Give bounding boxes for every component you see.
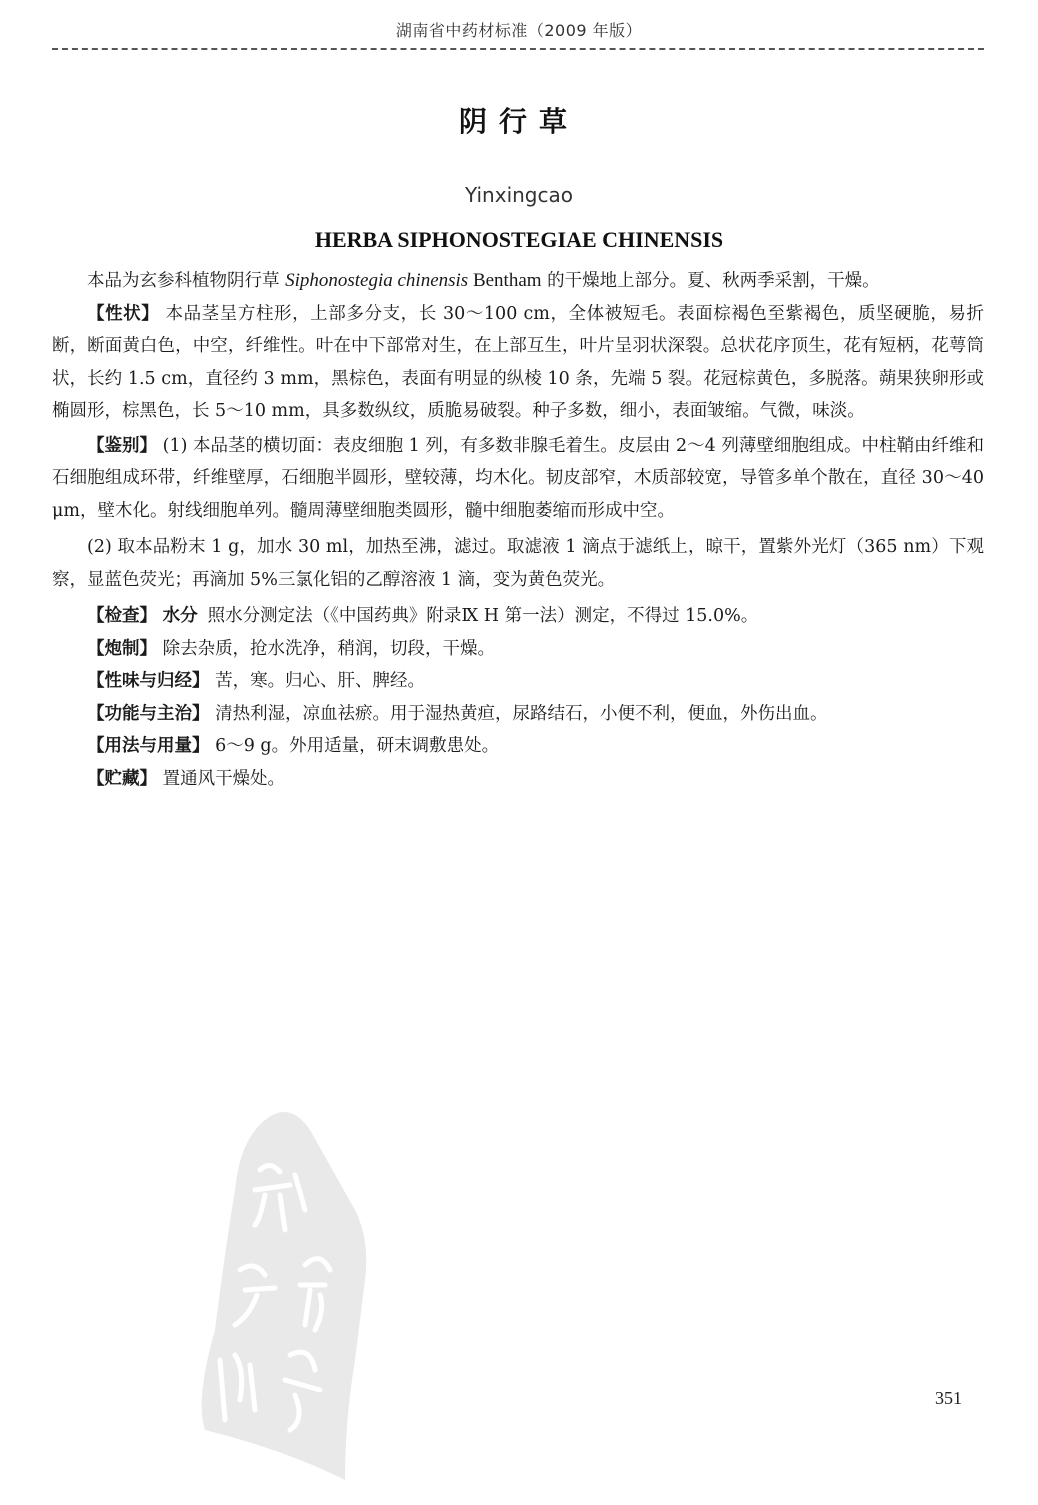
section-label: 【用法与用量】 bbox=[87, 736, 210, 756]
section-label: 【性味与归经】 bbox=[87, 671, 210, 691]
section-processing: 【炮制】 除去杂质，抢水洗净，稍润，切段，干燥。 bbox=[52, 633, 984, 666]
intro-text-pre: 本品为玄参科植物阴行草 bbox=[87, 271, 285, 291]
section-label: 【功能与主治】 bbox=[87, 704, 210, 724]
monograph-body: 本品为玄参科植物阴行草 Siphonostegia chinensis Bent… bbox=[52, 265, 984, 795]
section-usage-dosage: 【用法与用量】 6～9 g。外用适量，研末调敷患处。 bbox=[52, 730, 984, 763]
header-rule bbox=[52, 48, 984, 50]
section-label: 【贮藏】 bbox=[87, 769, 157, 789]
section-text: 6～9 g。外用适量，研末调敷患处。 bbox=[210, 736, 500, 756]
page-number: 351 bbox=[935, 1388, 962, 1409]
moisture-label: 水分 bbox=[163, 606, 198, 626]
section-text: 照水分测定法（《中国药典》附录Ⅸ H 第一法）测定，不得过 15.0%。 bbox=[208, 606, 759, 626]
intro-text-post: 的干燥地上部分。夏、秋两季采割，干燥。 bbox=[542, 271, 880, 291]
section-text: 置通风干燥处。 bbox=[157, 769, 285, 789]
section-label: 【炮制】 bbox=[87, 639, 157, 659]
section-text: 苦，寒。归心、肝、脾经。 bbox=[210, 671, 426, 691]
intro-paragraph: 本品为玄参科植物阴行草 Siphonostegia chinensis Bent… bbox=[52, 265, 984, 298]
monograph-title-pinyin: Yinxingcao bbox=[0, 183, 1038, 207]
species-name: Siphonostegia chinensis bbox=[285, 270, 468, 291]
section-functions-indications: 【功能与主治】 清热利湿，凉血祛瘀。用于湿热黄疸，尿路结石，小便不利，便血，外伤… bbox=[52, 698, 984, 731]
species-author: Bentham bbox=[468, 270, 541, 291]
section-text: (1) 本品茎的横切面：表皮细胞 1 列，有多数非腺毛着生。皮层由 2～4 列薄… bbox=[52, 436, 984, 521]
section-label: 【性状】 bbox=[87, 304, 159, 324]
section-storage: 【贮藏】 置通风干燥处。 bbox=[52, 763, 984, 796]
section-identification-1: 【鉴别】 (1) 本品茎的横切面：表皮细胞 1 列，有多数非腺毛着生。皮层由 2… bbox=[52, 430, 984, 528]
section-text: (2) 取本品粉末 1 g，加水 30 ml，加热至沸，滤过。取滤液 1 滴点于… bbox=[52, 537, 984, 590]
section-label: 【鉴别】 bbox=[87, 436, 157, 456]
section-text: 除去杂质，抢水洗净，稍润，切段，干燥。 bbox=[157, 639, 495, 659]
monograph-title-chinese: 阴行草 bbox=[0, 100, 1038, 140]
monograph-title-latin: HERBA SIPHONOSTEGIAE CHINENSIS bbox=[0, 227, 1038, 253]
running-head: 湖南省中药材标准（2009 年版） bbox=[0, 18, 1038, 41]
section-inspection: 【检查】 水分照水分测定法（《中国药典》附录Ⅸ H 第一法）测定，不得过 15.… bbox=[52, 600, 984, 633]
section-label: 【检查】 bbox=[87, 606, 157, 626]
watermark-text: PDG bbox=[254, 1451, 304, 1482]
section-nature-meridian: 【性味与归经】 苦，寒。归心、肝、脾经。 bbox=[52, 665, 984, 698]
section-description: 【性状】 本品茎呈方柱形，上部多分支，长 30～100 cm，全体被短毛。表面棕… bbox=[52, 298, 984, 428]
section-text: 本品茎呈方柱形，上部多分支，长 30～100 cm，全体被短毛。表面棕褐色至紫褐… bbox=[52, 304, 984, 422]
section-text: 清热利湿，凉血祛瘀。用于湿热黄疸，尿路结石，小便不利，便血，外伤出血。 bbox=[210, 704, 828, 724]
section-identification-2: (2) 取本品粉末 1 g，加水 30 ml，加热至沸，滤过。取滤液 1 滴点于… bbox=[52, 531, 984, 596]
seal-watermark-icon: PDG bbox=[195, 1100, 465, 1490]
